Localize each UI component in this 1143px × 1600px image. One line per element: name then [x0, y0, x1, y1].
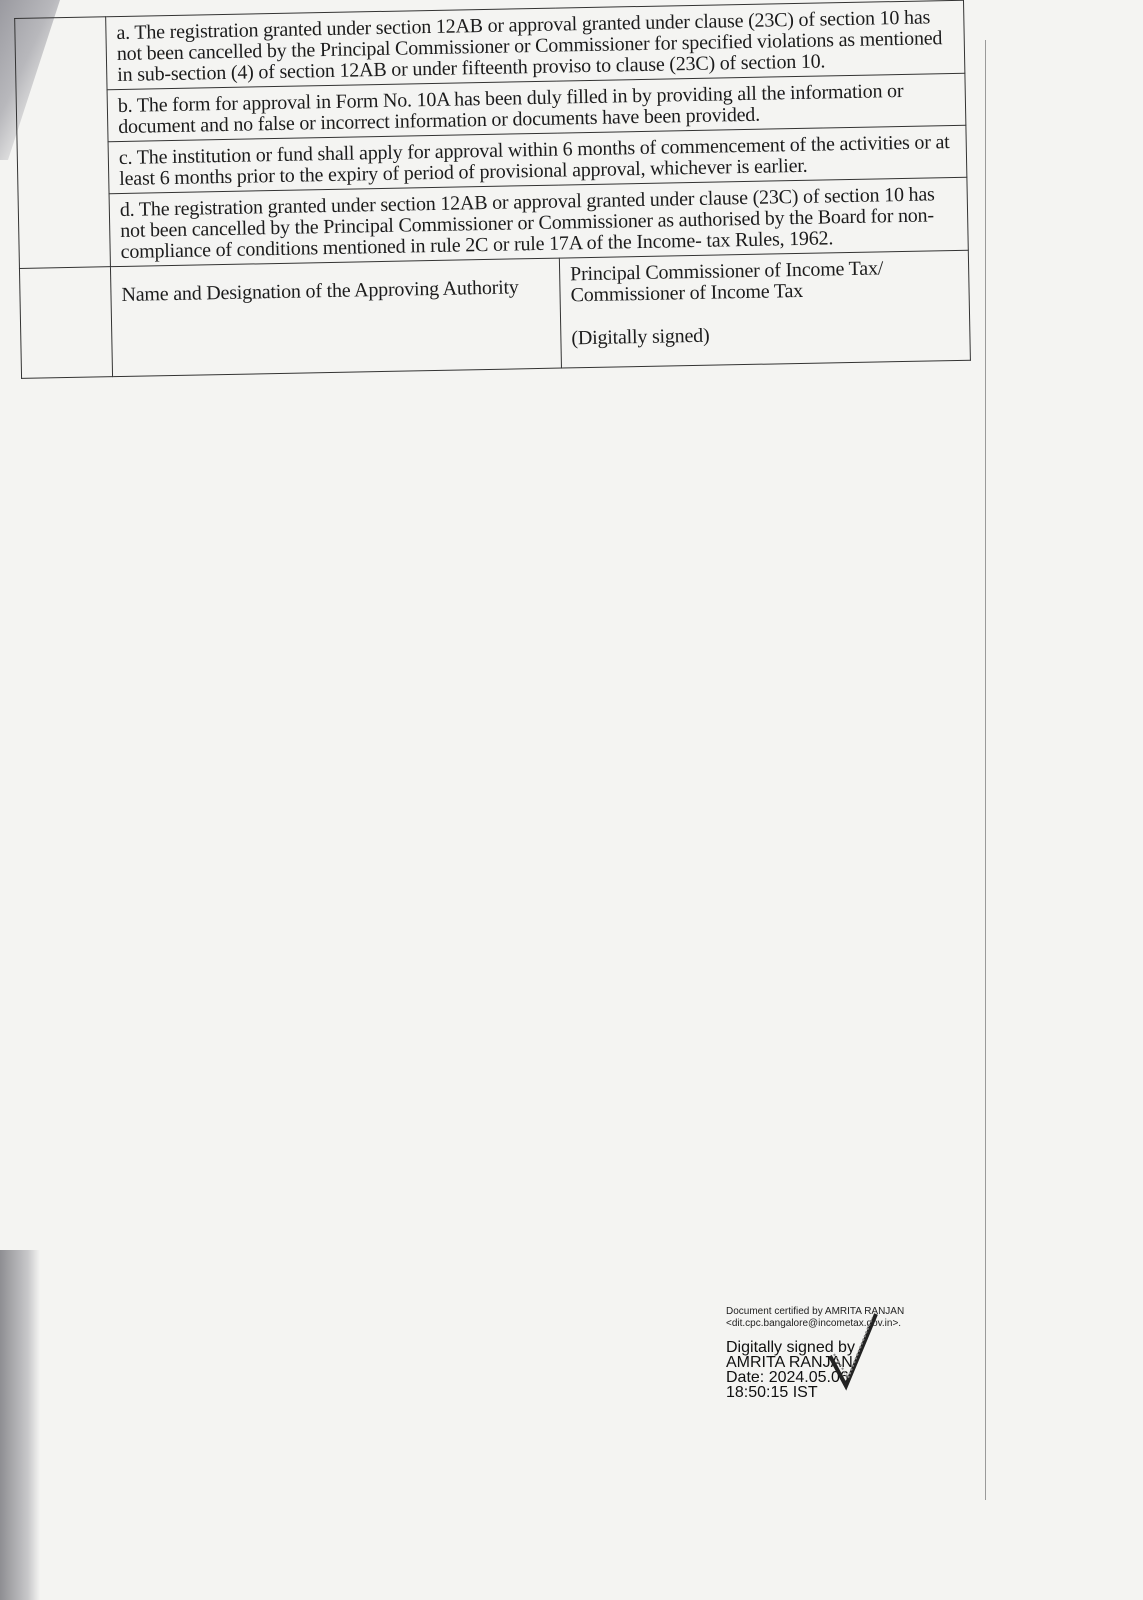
page-shadow-bottom: [0, 1250, 40, 1600]
authority-value: Principal Commissioner of Income Tax/ Co…: [570, 257, 883, 306]
authority-label-text: Name and Designation of the Approving Au…: [121, 276, 519, 306]
digitally-signed-note: (Digitally signed): [571, 325, 709, 350]
conditions-table-wrapper: a. The registration granted under sectio…: [14, 0, 974, 558]
conditions-table: a. The registration granted under sectio…: [14, 0, 971, 379]
page-edge-line: [985, 40, 986, 1500]
signature-check-icon: [822, 1308, 882, 1398]
digital-signature-block: Document certified by AMRITA RANJAN <dit…: [726, 1306, 946, 1400]
table-row: Name and Designation of the Approving Au…: [19, 250, 970, 378]
authority-value-cell: Principal Commissioner of Income Tax/ Co…: [559, 250, 970, 368]
authority-label: Name and Designation of the Approving Au…: [110, 258, 561, 377]
blank-cell: [15, 17, 111, 269]
blank-cell: [19, 267, 112, 379]
